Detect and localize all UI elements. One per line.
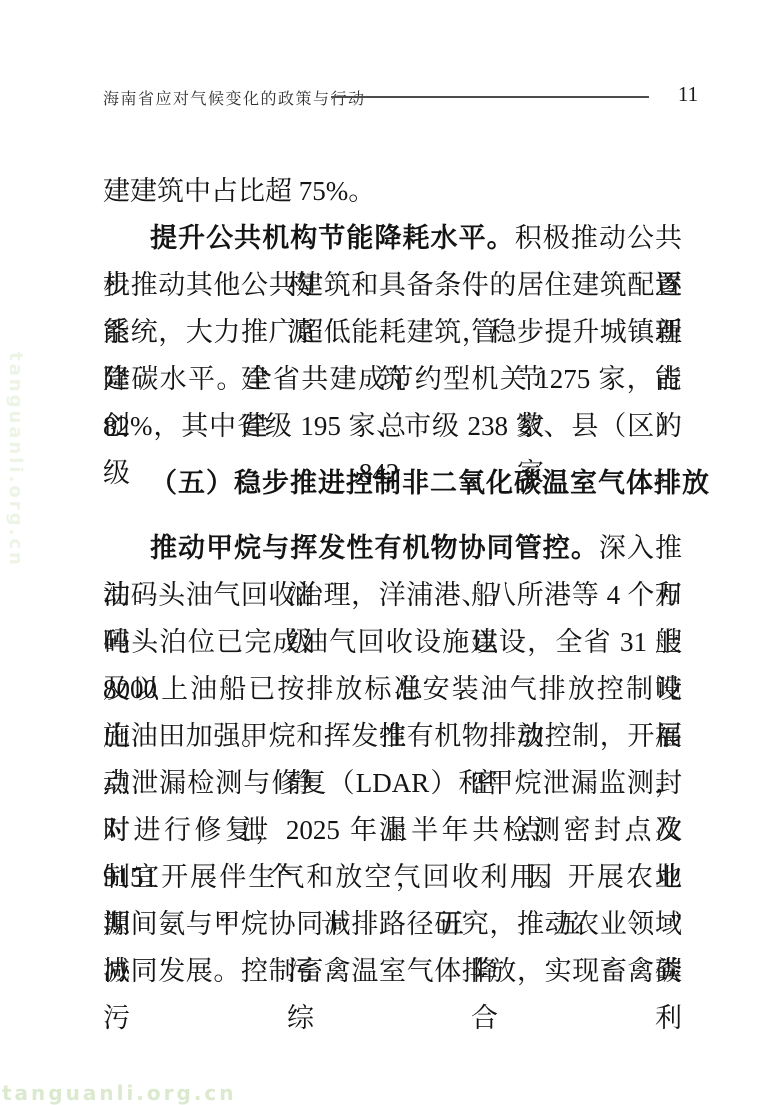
text-run: 协同发展。控制畜禽温室气体排放，实现畜禽粪污综合利 (103, 956, 682, 1033)
text-line: 制宜开展伴生气和放空气回收利用。开展农业源“十五五” (103, 854, 682, 901)
text-line: 点泄漏检测与修复（LDAR）和甲烷泄漏监测，对泄漏点及 (103, 760, 682, 807)
heading-text: （五）稳步推进控制非二氧化碳温室气体排放 (150, 468, 710, 498)
header-rule (331, 96, 649, 98)
text-run: 建建筑中占比超 75%。 (103, 176, 375, 206)
text-line: 期间氨与甲烷协同减排路径研究，推动农业领域减污降碳 (103, 901, 682, 948)
document-body: 建建筑中占比超 75%。提升公共机构节能降耗水平。积极推动公共机构、逐步推动其他… (103, 168, 682, 995)
text-line: 82%，其中省级 195 家、市级 238 家、县（区）级 842 家。 (103, 403, 682, 450)
text-line: 码头泊位已完成油气回收设施建设，全省 31 艘 8000 总吨 (103, 619, 682, 666)
text-line: 降碳水平。全省共建成节约型机关 1275 家，占创建总数的 (103, 356, 682, 403)
running-header-title: 海南省应对气候变化的政策与行动 (103, 86, 366, 109)
bold-run: 提升公共机构节能降耗水平。 (150, 223, 515, 253)
text-line: 山油田加强甲烷和挥发性有机物排放控制，开展动静密封 (103, 713, 682, 760)
watermark-bottom: tanguanli.org.cn (2, 1081, 237, 1105)
text-line: 及以上油船已按排放标准安装油气排放控制设施。推动福 (103, 666, 682, 713)
watermark-vertical: tanguanli.org.cn (5, 352, 26, 568)
text-line: 协同发展。控制畜禽温室气体排放，实现畜禽粪污综合利 (103, 948, 682, 995)
text-line: 步推动其他公共建筑和具备条件的居住建筑配置能源管理 (103, 262, 682, 309)
bold-run: 推动甲烷与挥发性有机物协同管控。 (150, 533, 599, 563)
page-number: 11 (670, 82, 706, 107)
text-line: 推动甲烷与挥发性有机物协同管控。深入推动油船和 (103, 525, 682, 572)
text-line: 系统，大力推广超低能耗建筑，稳步提升城镇新建建筑节能 (103, 309, 682, 356)
text-line: 建建筑中占比超 75%。 (103, 168, 682, 215)
page-header: 海南省应对气候变化的政策与行动 11 (0, 0, 782, 120)
section-heading: （五）稳步推进控制非二氧化碳温室气体排放 (103, 460, 682, 507)
text-line: 提升公共机构节能降耗水平。积极推动公共机构、逐 (103, 215, 682, 262)
text-line: 油码头油气回收治理，洋浦港、八所港等 4 个万吨级以上 (103, 572, 682, 619)
text-line: 时进行修复，2025 年上半年共检测密封点次 9151 个，因地 (103, 807, 682, 854)
